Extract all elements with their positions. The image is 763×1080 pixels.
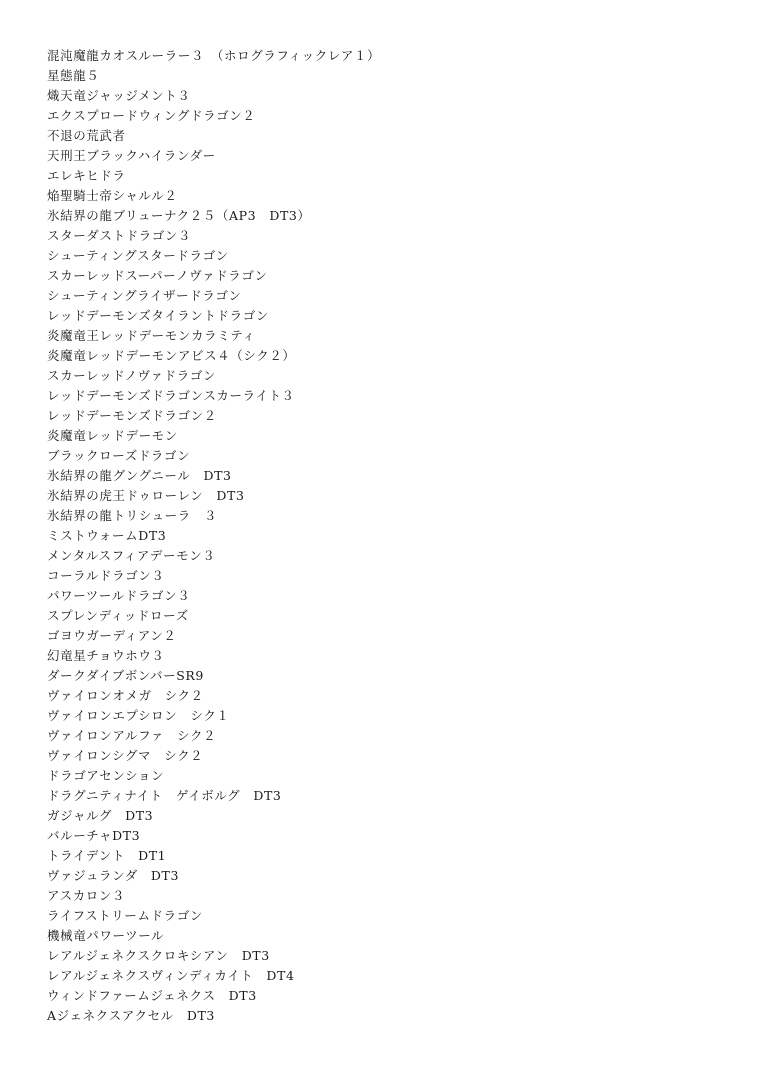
list-line: ゴヨウガーディアン２ <box>47 626 737 646</box>
list-line: ブラックローズドラゴン <box>47 446 737 466</box>
list-line: ドラグニティナイト ゲイボルグ DT3 <box>47 786 737 806</box>
list-line: ヴァイロンオメガ シク２ <box>47 686 737 706</box>
list-line: 炎魔竜レッドデーモンアビス４（シク２） <box>47 346 737 366</box>
list-line: スプレンディッドローズ <box>47 606 737 626</box>
list-line: ライフストリームドラゴン <box>47 906 737 926</box>
list-line: 焔聖騎士帝シャルル２ <box>47 186 737 206</box>
list-line: 炎魔竜レッドデーモン <box>47 426 737 446</box>
list-line: スカーレッドノヴァドラゴン <box>47 366 737 386</box>
list-line: 氷結界の龍ブリューナク２５（AP3 DT3） <box>47 206 737 226</box>
list-line: レッドデーモンズドラゴンスカーライト３ <box>47 386 737 406</box>
list-line: 熾天竜ジャッジメント３ <box>47 86 737 106</box>
list-line: 氷結界の龍トリシューラ ３ <box>47 506 737 526</box>
list-line: バルーチャDT3 <box>47 826 737 846</box>
list-line: ダークダイブボンバーSR9 <box>47 666 737 686</box>
list-line: シューティングライザードラゴン <box>47 286 737 306</box>
list-line: 氷結界の虎王ドゥローレン DT3 <box>47 486 737 506</box>
list-line: 天刑王ブラックハイランダー <box>47 146 737 166</box>
list-line: スターダストドラゴン３ <box>47 226 737 246</box>
list-line: ヴァイロンエプシロン シク１ <box>47 706 737 726</box>
list-line: ガジャルグ DT3 <box>47 806 737 826</box>
list-line: スカーレッドスーパーノヴァドラゴン <box>47 266 737 286</box>
list-line: ドラゴアセンション <box>47 766 737 786</box>
list-line: ウィンドファームジェネクス DT3 <box>47 986 737 1006</box>
list-line: 不退の荒武者 <box>47 126 737 146</box>
list-line: エレキヒドラ <box>47 166 737 186</box>
list-line: トライデント DT1 <box>47 846 737 866</box>
list-line: ヴァイロンアルファ シク２ <box>47 726 737 746</box>
list-line: 混沌魔龍カオスルーラー３ （ホログラフィックレア１） <box>47 46 737 66</box>
list-line: ヴァイロンシグマ シク２ <box>47 746 737 766</box>
list-line: アスカロン３ <box>47 886 737 906</box>
list-line: レアルジェネクスヴィンディカイト DT4 <box>47 966 737 986</box>
list-line: 機械竜パワーツール <box>47 926 737 946</box>
list-line: 星態龍５ <box>47 66 737 86</box>
list-line: コーラルドラゴン３ <box>47 566 737 586</box>
list-line: レアルジェネクスクロキシアン DT3 <box>47 946 737 966</box>
list-line: メンタルスフィアデーモン３ <box>47 546 737 566</box>
list-line: 氷結界の龍グングニール DT3 <box>47 466 737 486</box>
list-line: Aジェネクスアクセル DT3 <box>47 1006 737 1026</box>
document-page: 混沌魔龍カオスルーラー３ （ホログラフィックレア１） 星態龍５ 熾天竜ジャッジメ… <box>47 46 737 1026</box>
list-line: パワーツールドラゴン３ <box>47 586 737 606</box>
list-line: シューティングスタードラゴン <box>47 246 737 266</box>
list-line: ミストウォームDT3 <box>47 526 737 546</box>
list-line: エクスプロードウィングドラゴン２ <box>47 106 737 126</box>
list-line: ヴァジュランダ DT3 <box>47 866 737 886</box>
list-line: レッドデーモンズタイラントドラゴン <box>47 306 737 326</box>
list-line: 幻竜星チョウホウ３ <box>47 646 737 666</box>
list-line: レッドデーモンズドラゴン２ <box>47 406 737 426</box>
list-line: 炎魔竜王レッドデーモンカラミティ <box>47 326 737 346</box>
